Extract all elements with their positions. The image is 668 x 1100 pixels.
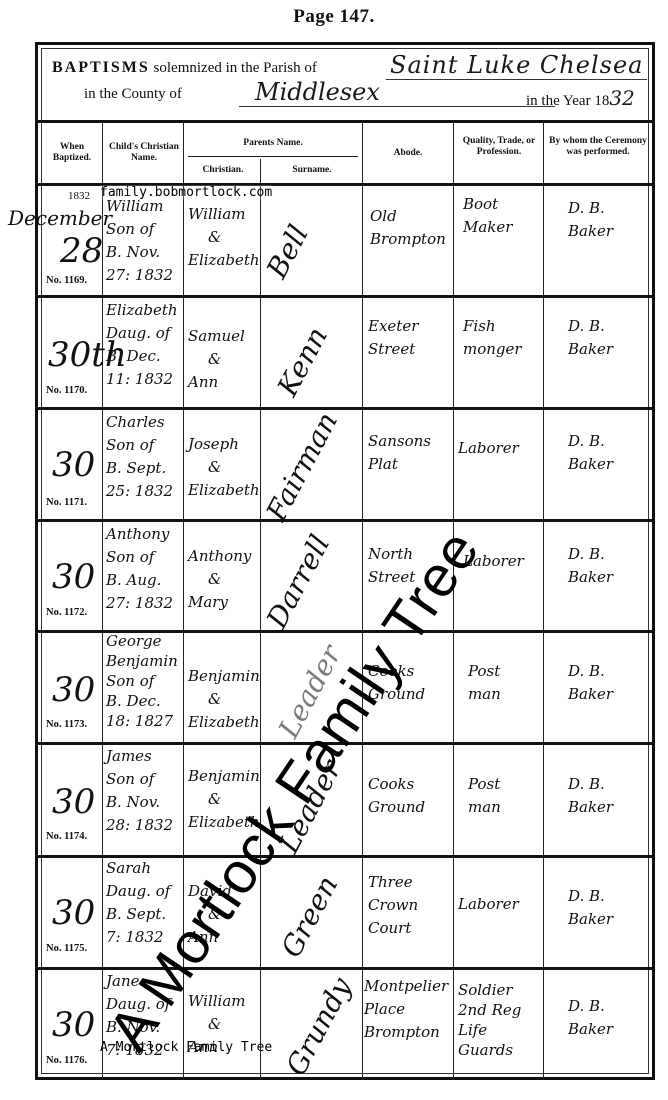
parish-name: Saint Luke Chelsea — [386, 51, 647, 80]
quality: Postman — [468, 660, 501, 706]
entry-number: No. 1175. — [46, 943, 87, 954]
entry-day: 30 — [52, 782, 95, 822]
entry-year: 1832 — [68, 190, 90, 202]
quality: Postman — [468, 773, 501, 819]
parents-christian: David&Ann — [188, 880, 232, 949]
year-value: 32 — [609, 86, 634, 110]
county-name: Middlesex — [239, 78, 555, 107]
entry-number: No. 1171. — [46, 497, 87, 508]
entry-day: 30 — [52, 670, 95, 710]
header-by-whom: By whom the Ceremony was performed. — [548, 136, 648, 158]
entry-day: 30 — [52, 445, 95, 485]
parents-christian: Anthony&Mary — [188, 545, 251, 614]
header-surname: Surname. — [262, 165, 362, 176]
col-divider-quality — [543, 123, 544, 1080]
abode: MontpelierPlaceBrompton — [364, 975, 448, 1044]
abode: SansonsPlat — [368, 430, 431, 476]
abode: OldBrompton — [370, 205, 446, 251]
year-label: in the Year 1832 — [526, 86, 635, 110]
child-name: ElizabethDaug. ofB. Dec.11: 1832 — [106, 299, 178, 391]
entry-number: No. 1173. — [46, 719, 87, 730]
child-name: WilliamSon ofB. Nov.27: 1832 — [106, 195, 173, 287]
officiant: D. B.Baker — [568, 197, 613, 243]
entry-number: No. 1172. — [46, 607, 87, 618]
header-abode: Abode. — [364, 148, 452, 159]
header-child: Child's Christian Name. — [106, 142, 182, 164]
parents-christian: Joseph&Elizabeth — [188, 433, 260, 502]
officiant: D. B.Baker — [568, 885, 613, 931]
title-county-label: in the County of — [84, 86, 182, 102]
child-name: SarahDaug. ofB. Sept.7: 1832 — [106, 857, 170, 949]
header-christian: Christian. — [186, 165, 260, 176]
entry-day: 28 — [60, 231, 103, 271]
officiant: D. B.Baker — [568, 430, 613, 476]
row-divider — [38, 295, 652, 298]
entry-month: December — [8, 206, 112, 230]
parents-christian: Samuel&Ann — [188, 325, 245, 394]
header-parents: Parents Name. — [188, 138, 358, 149]
abode: ExeterStreet — [368, 315, 418, 361]
title-parish-label: solemnized in the Parish of — [150, 60, 317, 76]
parents-christian: William&Elizabeth — [188, 203, 260, 272]
quality: Laborer — [458, 893, 519, 916]
quality: BootMaker — [463, 193, 512, 239]
entry-day: 30 — [52, 557, 95, 597]
col-divider-child — [183, 123, 184, 1080]
officiant: D. B.Baker — [568, 660, 613, 706]
entry-number: No. 1170. — [46, 385, 87, 396]
row-divider — [38, 519, 652, 522]
parents-christian: Benjamin&Elizabeth — [188, 765, 260, 834]
child-name: JamesSon ofB. Nov.28: 1832 — [106, 745, 173, 837]
officiant: D. B.Baker — [568, 543, 613, 589]
page-number: Page 147. — [0, 6, 668, 28]
watermark-footer: A Mortlock Family Tree — [100, 1040, 272, 1055]
year-prefix: in the Year 18 — [526, 93, 609, 109]
child-name: GeorgeBenjaminSon ofB. Dec.18: 1827 — [106, 631, 178, 731]
entry-day: 30 — [52, 893, 95, 933]
col-divider-surname — [362, 123, 363, 1080]
title-line-1: BAPTISMS solemnized in the Parish of Sai… — [52, 59, 317, 77]
child-name: CharlesSon ofB. Sept.25: 1832 — [106, 411, 173, 503]
header-quality: Quality, Trade, or Profession. — [456, 136, 542, 158]
header-when: When Baptized. — [42, 142, 102, 164]
entry-day: 30 — [52, 1005, 95, 1045]
col-divider-abode — [453, 123, 454, 1080]
quality: Fishmonger — [463, 315, 522, 361]
quality: Soldier2nd RegLifeGuards — [458, 980, 521, 1060]
title-line-2: in the County of Middlesex in the Year 1… — [84, 86, 644, 103]
entry-number: No. 1174. — [46, 831, 87, 842]
abode: NorthStreet — [368, 543, 415, 589]
title-heading: BAPTISMS — [52, 59, 150, 76]
abode: CooksGround — [368, 773, 425, 819]
officiant: D. B.Baker — [568, 995, 613, 1041]
child-name: AnthonySon ofB. Aug.27: 1832 — [106, 523, 173, 615]
parents-subheader-rule — [188, 156, 358, 157]
officiant: D. B.Baker — [568, 773, 613, 819]
entry-number: No. 1176. — [46, 1055, 87, 1066]
watermark-url: family.bobmortlock.com — [100, 185, 272, 200]
parents-christian: Benjamin&Elizabeth — [188, 665, 260, 734]
abode: ThreeCrownCourt — [368, 871, 418, 940]
quality: Laborer — [458, 437, 519, 460]
row-divider — [38, 407, 652, 410]
abode: CooksGround — [368, 660, 425, 706]
quality: Laborer — [463, 550, 524, 573]
header-top-rule — [38, 120, 652, 123]
entry-number: No. 1169. — [46, 275, 87, 286]
officiant: D. B.Baker — [568, 315, 613, 361]
